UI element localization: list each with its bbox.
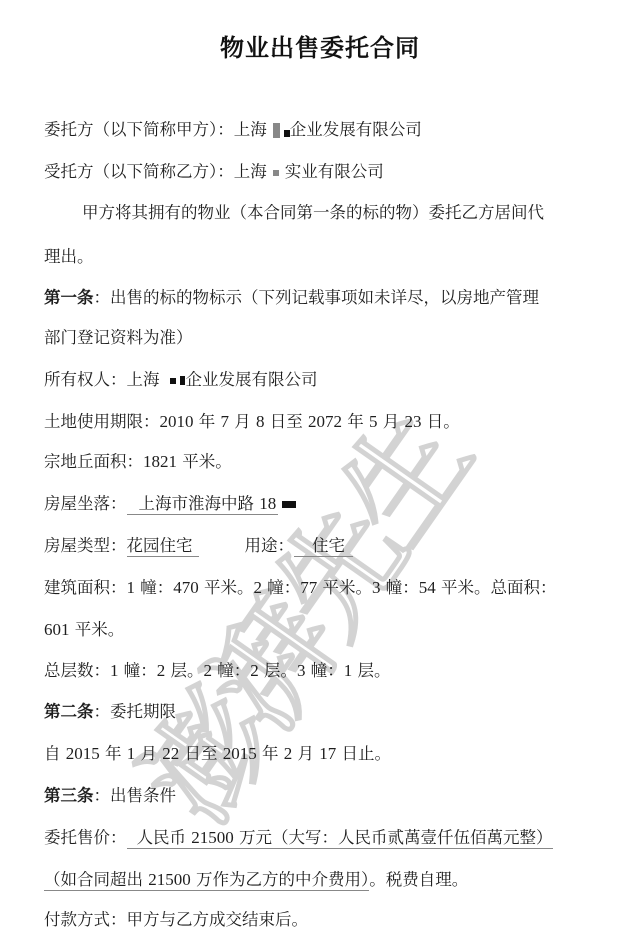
intro-line-2: 理出。 <box>44 246 94 268</box>
unit: 日至 <box>270 412 303 431</box>
value: 1 <box>127 744 136 763</box>
unit: 月 <box>234 412 251 431</box>
principal-line: 委托方（以下简称甲方）：上海企业发展有限公司 <box>44 119 422 141</box>
value: 2 <box>250 661 259 680</box>
value: 54 <box>419 578 436 597</box>
value: 3 <box>372 578 381 597</box>
unit: 层。 <box>264 661 297 680</box>
principal-suffix: 企业发展有限公司 <box>290 120 422 139</box>
redaction-mark <box>273 170 279 176</box>
land-area-line: 宗地丘面积：1821 平米。 <box>44 451 232 473</box>
value: 1 <box>344 661 353 680</box>
location-number: 18 <box>259 494 276 513</box>
redaction-mark <box>273 123 280 138</box>
unit: 月 <box>292 744 319 763</box>
land-area-value: 1821 <box>143 452 177 471</box>
price-field-2: （如合同超出 21500 万作为乙方的中介费用） <box>44 870 369 891</box>
price-line-2: （如合同超出 21500 万作为乙方的中介费用）。税费自理。 <box>44 869 468 891</box>
unit: 日止。 <box>336 744 391 763</box>
value: 77 <box>300 578 317 597</box>
redaction-mark <box>282 501 296 508</box>
unit: 幢： <box>267 578 300 597</box>
value: 2 <box>254 578 263 597</box>
price-text: （如合同超出 <box>44 870 148 889</box>
article1-text: ：出售的标的物标示（下列记载事项如未详尽，以房地产管理 <box>94 288 540 307</box>
term-line: 自 2015 年 1 月 22 日至 2015 年 2 月 17 日止。 <box>44 743 391 765</box>
unit: 层。 <box>358 661 391 680</box>
unit: 幢： <box>140 578 173 597</box>
type-value: 花园住宅 <box>127 536 199 557</box>
unit: 平米。 <box>204 578 254 597</box>
agent-label: 受托方（以下简称乙方）： <box>44 162 234 181</box>
use-value: 住宅 <box>294 536 353 557</box>
payment-label: 付款方式： <box>44 910 127 929</box>
redaction-mark <box>180 376 185 385</box>
article1-heading-line: 第一条：出售的标的物标示（下列记载事项如未详尽，以房地产管理 <box>44 287 539 309</box>
type-label: 房屋类型： <box>44 536 127 555</box>
unit: 月 <box>383 412 400 431</box>
value: 2 <box>157 661 166 680</box>
type-use-line: 房屋类型：花园住宅用途：住宅 <box>44 535 353 557</box>
unit: 年 <box>257 744 284 763</box>
total-area-line: 601 平米。 <box>44 619 124 641</box>
article3-title: ：出售条件 <box>94 786 177 805</box>
floors-label: 总层数： <box>44 661 110 680</box>
value: 22 <box>162 744 179 763</box>
unit: 幢： <box>386 578 419 597</box>
intro-line-1: 甲方将其拥有的物业（本合同第一条的标的物）委托乙方居间代 <box>82 202 544 224</box>
land-area-label: 宗地丘面积： <box>44 452 143 471</box>
location-line: 房屋坐落：上海市淮海中路 18 <box>44 493 296 515</box>
payment-value: 甲方与乙方成交结束后。 <box>127 910 309 929</box>
value: 17 <box>319 744 336 763</box>
article1-heading: 第一条 <box>44 288 94 307</box>
price-label: 委托售价： <box>44 828 127 847</box>
total-area-value: 601 <box>44 620 70 639</box>
price-text: 万作为乙方的中介费用） <box>191 870 370 889</box>
unit: 日。 <box>427 412 460 431</box>
agent-prefix: 上海 <box>234 162 267 181</box>
unit: 幢： <box>217 661 250 680</box>
article2-heading: 第二条 <box>44 702 94 721</box>
document-title: 物业出售委托合同 <box>0 28 640 63</box>
floor-area-label: 建筑面积： <box>44 578 127 597</box>
use-label: 用途： <box>245 536 295 555</box>
value: 8 <box>256 412 265 431</box>
price-amount: 21500 <box>148 870 191 889</box>
value: 2 <box>204 661 213 680</box>
price-tail: 。税费自理。 <box>369 870 468 889</box>
unit: 年 <box>347 412 364 431</box>
owner-suffix: 企业发展有限公司 <box>186 370 318 389</box>
unit: 月 <box>135 744 162 763</box>
value: 5 <box>369 412 378 431</box>
article1-text-2: 部门登记资料为准） <box>44 328 193 347</box>
unit: 平米。 <box>323 578 373 597</box>
land-term-label: 土地使用期限： <box>44 412 160 431</box>
value: 2010 <box>160 412 194 431</box>
redaction-mark <box>170 378 176 384</box>
price-field: 人民币 21500 万元（大写：人民币贰萬壹仟伍佰萬元整） <box>127 828 553 849</box>
value: 1 <box>110 661 119 680</box>
location-value: 上海市淮海中路 <box>139 494 255 513</box>
unit: 自 <box>44 744 66 763</box>
location-label: 房屋坐落： <box>44 494 127 513</box>
article2-title: ：委托期限 <box>94 702 177 721</box>
value: 2 <box>284 744 293 763</box>
price-text: 万元（大写：人民币贰萬壹仟伍佰萬元整） <box>234 828 553 847</box>
price-amount: 21500 <box>191 828 234 847</box>
unit: 年 <box>100 744 127 763</box>
owner-label: 所有权人： <box>44 370 127 389</box>
unit: 平米。 <box>441 578 491 597</box>
value: 470 <box>173 578 199 597</box>
floors-line: 总层数：1 幢：2 层。2 幢：2 层。3 幢：1 层。 <box>44 660 391 682</box>
unit: 年 <box>199 412 216 431</box>
unit: 幢： <box>124 661 157 680</box>
price-line: 委托售价：人民币 21500 万元（大写：人民币贰萬壹仟伍佰萬元整） <box>44 827 553 849</box>
unit: 日至 <box>179 744 223 763</box>
value: 2072 <box>308 412 342 431</box>
agent-suffix: 实业有限公司 <box>285 162 384 181</box>
principal-prefix: 上海 <box>234 120 267 139</box>
value: 2015 <box>223 744 257 763</box>
payment-line: 付款方式：甲方与乙方成交结束后。 <box>44 909 308 931</box>
unit: 平米。 <box>182 452 232 471</box>
value: 23 <box>405 412 422 431</box>
article2-heading-line: 第二条：委托期限 <box>44 701 176 723</box>
value: 7 <box>221 412 230 431</box>
location-field: 上海市淮海中路 18 <box>127 494 279 515</box>
floor-area-line: 建筑面积：1 幢：470 平米。2 幢：77 平米。3 幢：54 平米。总面积： <box>44 577 557 599</box>
unit: 层。 <box>171 661 204 680</box>
price-text: 人民币 <box>137 828 192 847</box>
unit: 幢： <box>311 661 344 680</box>
value: 3 <box>297 661 306 680</box>
article3-heading-line: 第三条：出售条件 <box>44 785 176 807</box>
value: 2015 <box>66 744 100 763</box>
owner-line: 所有权人：上海企业发展有限公司 <box>44 369 318 391</box>
article3-heading: 第三条 <box>44 786 94 805</box>
agent-line: 受托方（以下简称乙方）：上海实业有限公司 <box>44 161 384 183</box>
value: 1 <box>127 578 136 597</box>
owner-prefix: 上海 <box>127 370 160 389</box>
land-term-line: 土地使用期限：2010 年 7 月 8 日至 2072 年 5 月 23 日。 <box>44 411 460 433</box>
principal-label: 委托方（以下简称甲方）： <box>44 120 234 139</box>
article1-text-line-2: 部门登记资料为准） <box>44 327 193 349</box>
unit: 平米。 <box>75 620 125 639</box>
total-area-label: 总面积： <box>491 578 557 597</box>
